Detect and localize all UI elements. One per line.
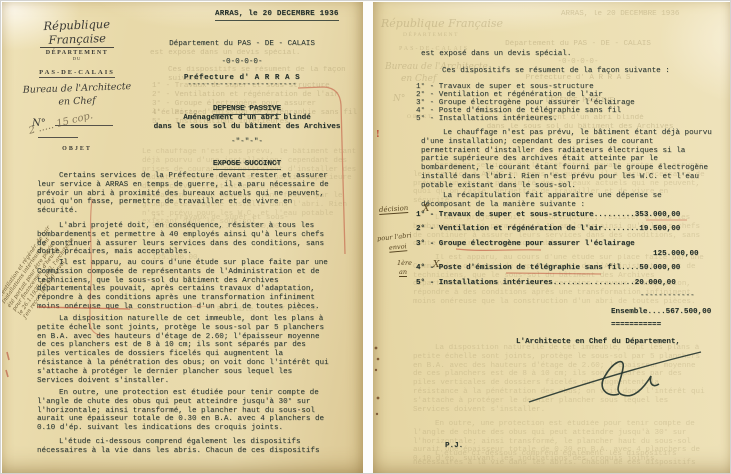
right-page: République Française DÉPARTEMENT PAS-DE-…	[373, 2, 731, 473]
red-pencil-marks	[2, 2, 363, 473]
left-page: est exposé dans un devis spécial. Ces di…	[2, 2, 363, 473]
staple-marks	[375, 347, 380, 416]
red-underlines	[373, 2, 731, 473]
scanned-document: est exposé dans un devis spécial. Ces di…	[0, 0, 731, 474]
